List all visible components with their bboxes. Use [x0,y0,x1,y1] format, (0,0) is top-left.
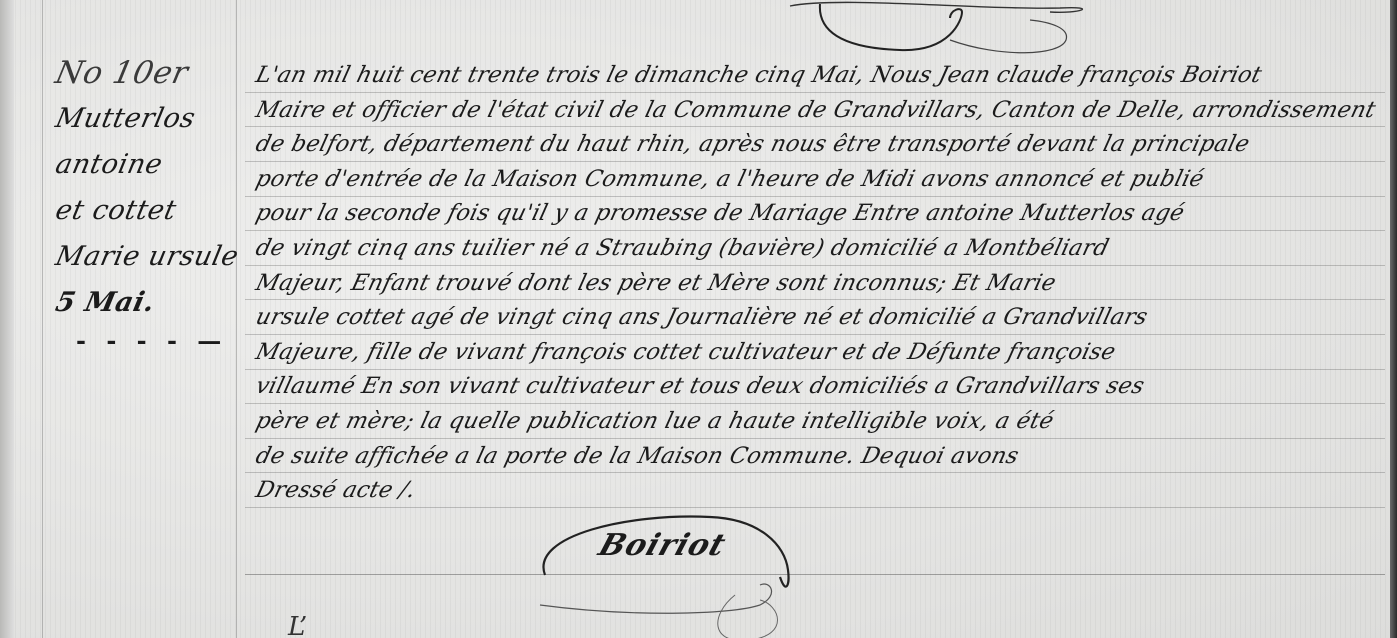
body-line: de vingt cinq ans tuilier né a Straubing… [252,231,1381,266]
groom-surname: Mutterlos [51,96,241,142]
margin-rule-left [42,0,43,638]
flourish-top-icon [700,0,1100,60]
body-line: pour la seconde fois qu'il y a promesse … [252,196,1381,231]
body-line: Maire et officier de l'état civil de la … [252,93,1381,128]
body-line: père et mère; la quelle publication lue … [252,404,1381,439]
body-line: Majeur, Enfant trouvé dont les père et M… [252,266,1381,301]
page-edge-left [0,0,14,638]
next-entry-fragment: L’ [288,612,307,638]
entry-number: No 10er [51,50,241,96]
margin-annotation: No 10er Mutterlos antoine et cottet Mari… [56,50,236,356]
entry-date: 5 Mai. [51,280,241,326]
page-edge-right [1390,0,1397,638]
entry-body: L'an mil huit cent trente trois le diman… [252,58,1372,508]
bride-given-name: Marie ursule [51,234,241,280]
body-line: de suite affichée a la porte de la Maiso… [252,439,1381,474]
groom-given-name: antoine [51,142,241,188]
body-line: L'an mil huit cent trente trois le diman… [252,58,1381,93]
body-line: Dressé acte /. [252,473,1381,508]
body-line: porte d'entrée de la Maison Commune, a l… [252,162,1381,197]
entry-separator-line [245,574,1385,575]
body-line: Majeure, fille de vivant françois cottet… [252,335,1381,370]
signature-flourish-icon [510,505,810,638]
margin-dashes: - - - - — [76,326,236,356]
body-line: ursule cottet agé de vingt cinq ans Jour… [252,300,1381,335]
register-page: No 10er Mutterlos antoine et cottet Mari… [0,0,1397,638]
body-line: villaumé En son vivant cultivateur et to… [252,369,1381,404]
mayor-signature: Boiriot [594,528,730,563]
body-line: de belfort, département du haut rhin, ap… [252,127,1381,162]
bride-surname: et cottet [51,188,241,234]
